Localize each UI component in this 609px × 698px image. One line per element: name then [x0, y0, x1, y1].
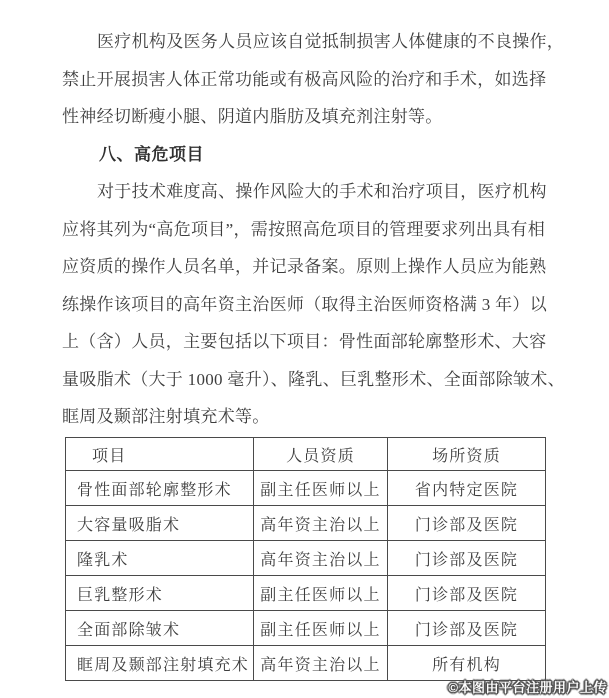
document-page: 医疗机构及医务人员应该自觉抵制损害人体健康的不良操作， 禁止开展损害人体正常功能… [0, 0, 609, 698]
paragraph2-line6: 量吸脂术（大于 1000 毫升）、隆乳、巨乳整形术、全面部除皱术、 [62, 361, 545, 399]
paragraph2-line5: 上（含）人员，主要包括以下项目：骨性面部轮廓整形术、大容 [62, 323, 545, 361]
table-cell: 门诊部及医院 [388, 541, 546, 576]
high-risk-projects-table: 项目 人员资质 场所资质 骨性面部轮廓整形术 副主任医师以上 省内特定医院 大容… [65, 437, 546, 681]
body-text: 医疗机构及医务人员应该自觉抵制损害人体健康的不良操作， 禁止开展损害人体正常功能… [62, 23, 545, 436]
paragraph1-line1: 医疗机构及医务人员应该自觉抵制损害人体健康的不良操作， [62, 23, 545, 61]
table-cell: 所有机构 [388, 646, 546, 681]
paragraph2-line3: 应资质的操作人员名单，并记录备案。原则上操作人员应为能熟 [62, 248, 545, 286]
table-cell: 门诊部及医院 [388, 506, 546, 541]
table-row: 骨性面部轮廓整形术 副主任医师以上 省内特定医院 [66, 471, 546, 506]
table-row: 全面部除皱术 副主任医师以上 门诊部及医院 [66, 611, 546, 646]
paragraph2-line7: 眶周及颞部注射填充术等。 [62, 398, 545, 436]
uploader-watermark-badge: ©本图由平台注册用户上传 [448, 677, 607, 696]
table-header-site-qualification: 场所资质 [388, 438, 546, 471]
table-cell: 高年资主治以上 [254, 541, 388, 576]
table-cell: 高年资主治以上 [254, 646, 388, 681]
paragraph2-line1: 对于技术难度高、操作风险大的手术和治疗项目，医疗机构 [62, 173, 545, 211]
table-cell: 巨乳整形术 [66, 576, 254, 611]
table-cell: 副主任医师以上 [254, 611, 388, 646]
table-header-personnel-qualification: 人员资质 [254, 438, 388, 471]
table-header-project: 项目 [66, 438, 254, 471]
paragraph2-line4: 练操作该项目的高年资主治医师（取得主治医师资格满 3 年）以 [62, 286, 545, 324]
table-row: 大容量吸脂术 高年资主治以上 门诊部及医院 [66, 506, 546, 541]
table-cell: 副主任医师以上 [254, 576, 388, 611]
table-row: 隆乳术 高年资主治以上 门诊部及医院 [66, 541, 546, 576]
table-cell: 门诊部及医院 [388, 611, 546, 646]
table-cell: 高年资主治以上 [254, 506, 388, 541]
table-cell: 门诊部及医院 [388, 576, 546, 611]
table-cell: 眶周及颞部注射填充术 [66, 646, 254, 681]
table-row: 巨乳整形术 副主任医师以上 门诊部及医院 [66, 576, 546, 611]
table-cell: 大容量吸脂术 [66, 506, 254, 541]
table-header-row: 项目 人员资质 场所资质 [66, 438, 546, 471]
paragraph1-line2: 禁止开展损害人体正常功能或有极高风险的治疗和手术，如选择 [62, 61, 545, 99]
table-cell: 省内特定医院 [388, 471, 546, 506]
table-row: 眶周及颞部注射填充术 高年资主治以上 所有机构 [66, 646, 546, 681]
table-cell: 隆乳术 [66, 541, 254, 576]
paragraph2-line2: 应将其列为“高危项目”，需按照高危项目的管理要求列出具有相 [62, 211, 545, 249]
paragraph1-line3: 性神经切断瘦小腿、阴道内脂肪及填充剂注射等。 [62, 98, 545, 136]
table-cell: 全面部除皱术 [66, 611, 254, 646]
section-heading: 八、高危项目 [62, 136, 545, 174]
table-cell: 副主任医师以上 [254, 471, 388, 506]
table-cell: 骨性面部轮廓整形术 [66, 471, 254, 506]
